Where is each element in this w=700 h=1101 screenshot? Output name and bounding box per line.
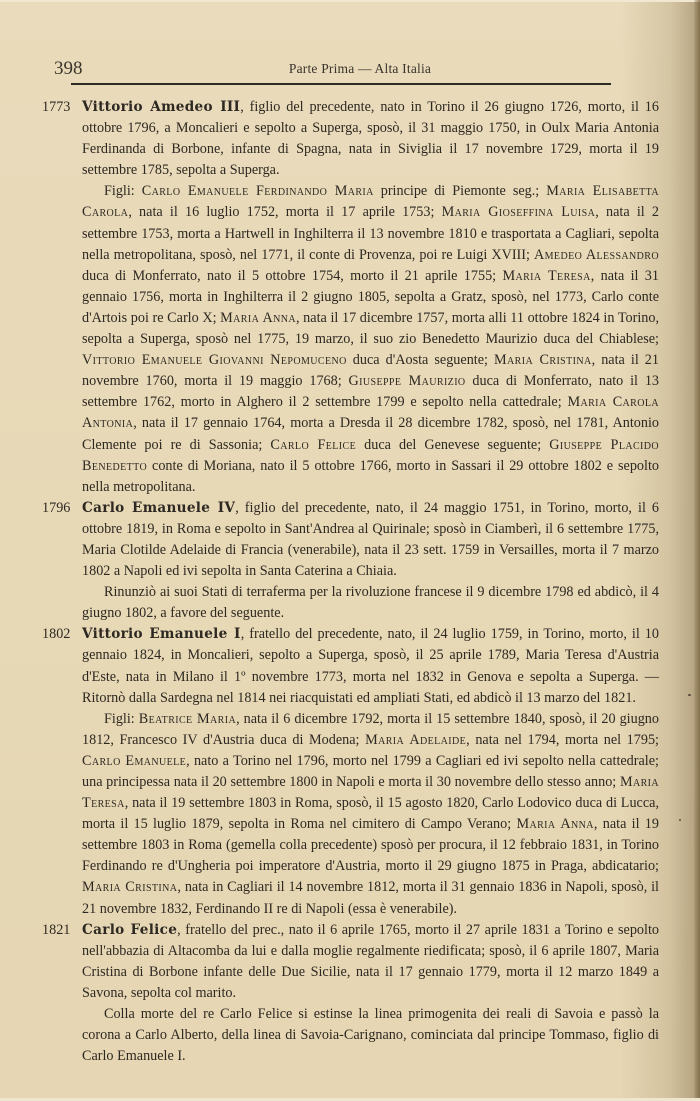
page-body: 1773Vittorio Amedeo III, figlio del prec… xyxy=(42,97,659,1067)
person-name: Maria Adelaide xyxy=(365,732,466,748)
person-name: Amedeo Alessandro xyxy=(534,247,659,263)
reign-entry: 1796Carlo Emanuele IV, figlio del preced… xyxy=(42,498,659,625)
page-top-edge xyxy=(0,0,700,2)
person-name: Maria Anna xyxy=(220,310,296,326)
entry-bio: 1821Carlo Felice, fratello del prec., na… xyxy=(82,920,659,1004)
reign-entry: 1821Carlo Felice, fratello del prec., na… xyxy=(42,920,659,1068)
text-run: duca d'Aosta seguente; xyxy=(347,352,494,368)
header-rule xyxy=(71,83,611,85)
reign-year: 1773 xyxy=(42,97,82,118)
children-paragraph: Figli: Carlo Emanuele Ferdinando Maria p… xyxy=(82,181,659,497)
person-name: Maria Gioseffina Luisa xyxy=(442,204,596,220)
note-paragraph: Colla morte del re Carlo Felice si estin… xyxy=(82,1004,659,1067)
entry-bio: 1773Vittorio Amedeo III, figlio del prec… xyxy=(82,97,659,181)
text-run: principe di Piemonte seg.; xyxy=(374,183,546,199)
reign-entry: 1773Vittorio Amedeo III, figlio del prec… xyxy=(42,97,659,498)
text-run: , nata nel 1794, morta nel 1795; xyxy=(466,732,659,748)
text-run: conte di Moriana, nato il 5 ottobre 1766… xyxy=(82,458,659,495)
person-name: Maria Anna xyxy=(516,816,593,832)
page-header: 398 Parte Prima — Alta Italia xyxy=(40,52,680,78)
person-name: Carlo Felice xyxy=(270,437,356,453)
note-text: Rinunziò ai suoi Stati di terraferma per… xyxy=(82,584,659,621)
paper-speck xyxy=(679,819,681,821)
text-run: Rinunziò ai suoi Stati di terraferma per… xyxy=(82,584,659,621)
entry-bio: 1802Vittorio Emanuele I, fratello del pr… xyxy=(82,624,659,708)
ruler-name: Carlo Emanuele IV xyxy=(82,500,235,516)
text-run: duca del Genevese seguente; xyxy=(356,437,549,453)
reign-year: 1796 xyxy=(42,498,82,519)
reign-year: 1821 xyxy=(42,920,82,941)
ruler-name: Vittorio Amedeo III xyxy=(82,99,240,115)
person-name: Vittorio Emanuele Giovanni Nepomuceno xyxy=(82,352,347,368)
person-name: Maria Teresa xyxy=(502,268,590,284)
reign-entry: 1802Vittorio Emanuele I, fratello del pr… xyxy=(42,624,659,919)
paper-speck xyxy=(688,694,691,696)
note-paragraph: Rinunziò ai suoi Stati di terraferma per… xyxy=(82,582,659,624)
person-name: Giuseppe Maurizio xyxy=(349,373,466,389)
note-text: Colla morte del re Carlo Felice si estin… xyxy=(82,1006,659,1064)
text-run: duca di Monferrato, nato il 5 ottobre 17… xyxy=(82,268,502,284)
ruler-name: Vittorio Emanuele I xyxy=(82,626,241,642)
person-name: Maria Cristina xyxy=(82,879,177,895)
text-run: Colla morte del re Carlo Felice si estin… xyxy=(82,1006,659,1064)
person-name: Carlo Emanuele Ferdinando Maria xyxy=(142,183,374,199)
running-title: Parte Prima — Alta Italia xyxy=(40,61,680,77)
person-name: Carlo Emanuele xyxy=(82,753,186,769)
children-text: Figli: Beatrice Maria, nata il 6 dicembr… xyxy=(82,711,659,917)
page-gutter-shadow xyxy=(694,0,700,1101)
person-name: Maria Cristina xyxy=(494,352,592,368)
text-run: Figli: xyxy=(104,711,139,727)
person-name: Beatrice Maria xyxy=(139,711,236,727)
book-page: 398 Parte Prima — Alta Italia 1773Vittor… xyxy=(0,0,700,1101)
reign-year: 1802 xyxy=(42,624,82,645)
text-run: , nata il 16 luglio 1752, morta il 17 ap… xyxy=(128,204,441,220)
ruler-name: Carlo Felice xyxy=(82,922,177,938)
children-text: Figli: Carlo Emanuele Ferdinando Maria p… xyxy=(82,183,659,494)
children-paragraph: Figli: Beatrice Maria, nata il 6 dicembr… xyxy=(82,709,659,920)
text-run: Figli: xyxy=(104,183,142,199)
entry-bio: 1796Carlo Emanuele IV, figlio del preced… xyxy=(82,498,659,582)
